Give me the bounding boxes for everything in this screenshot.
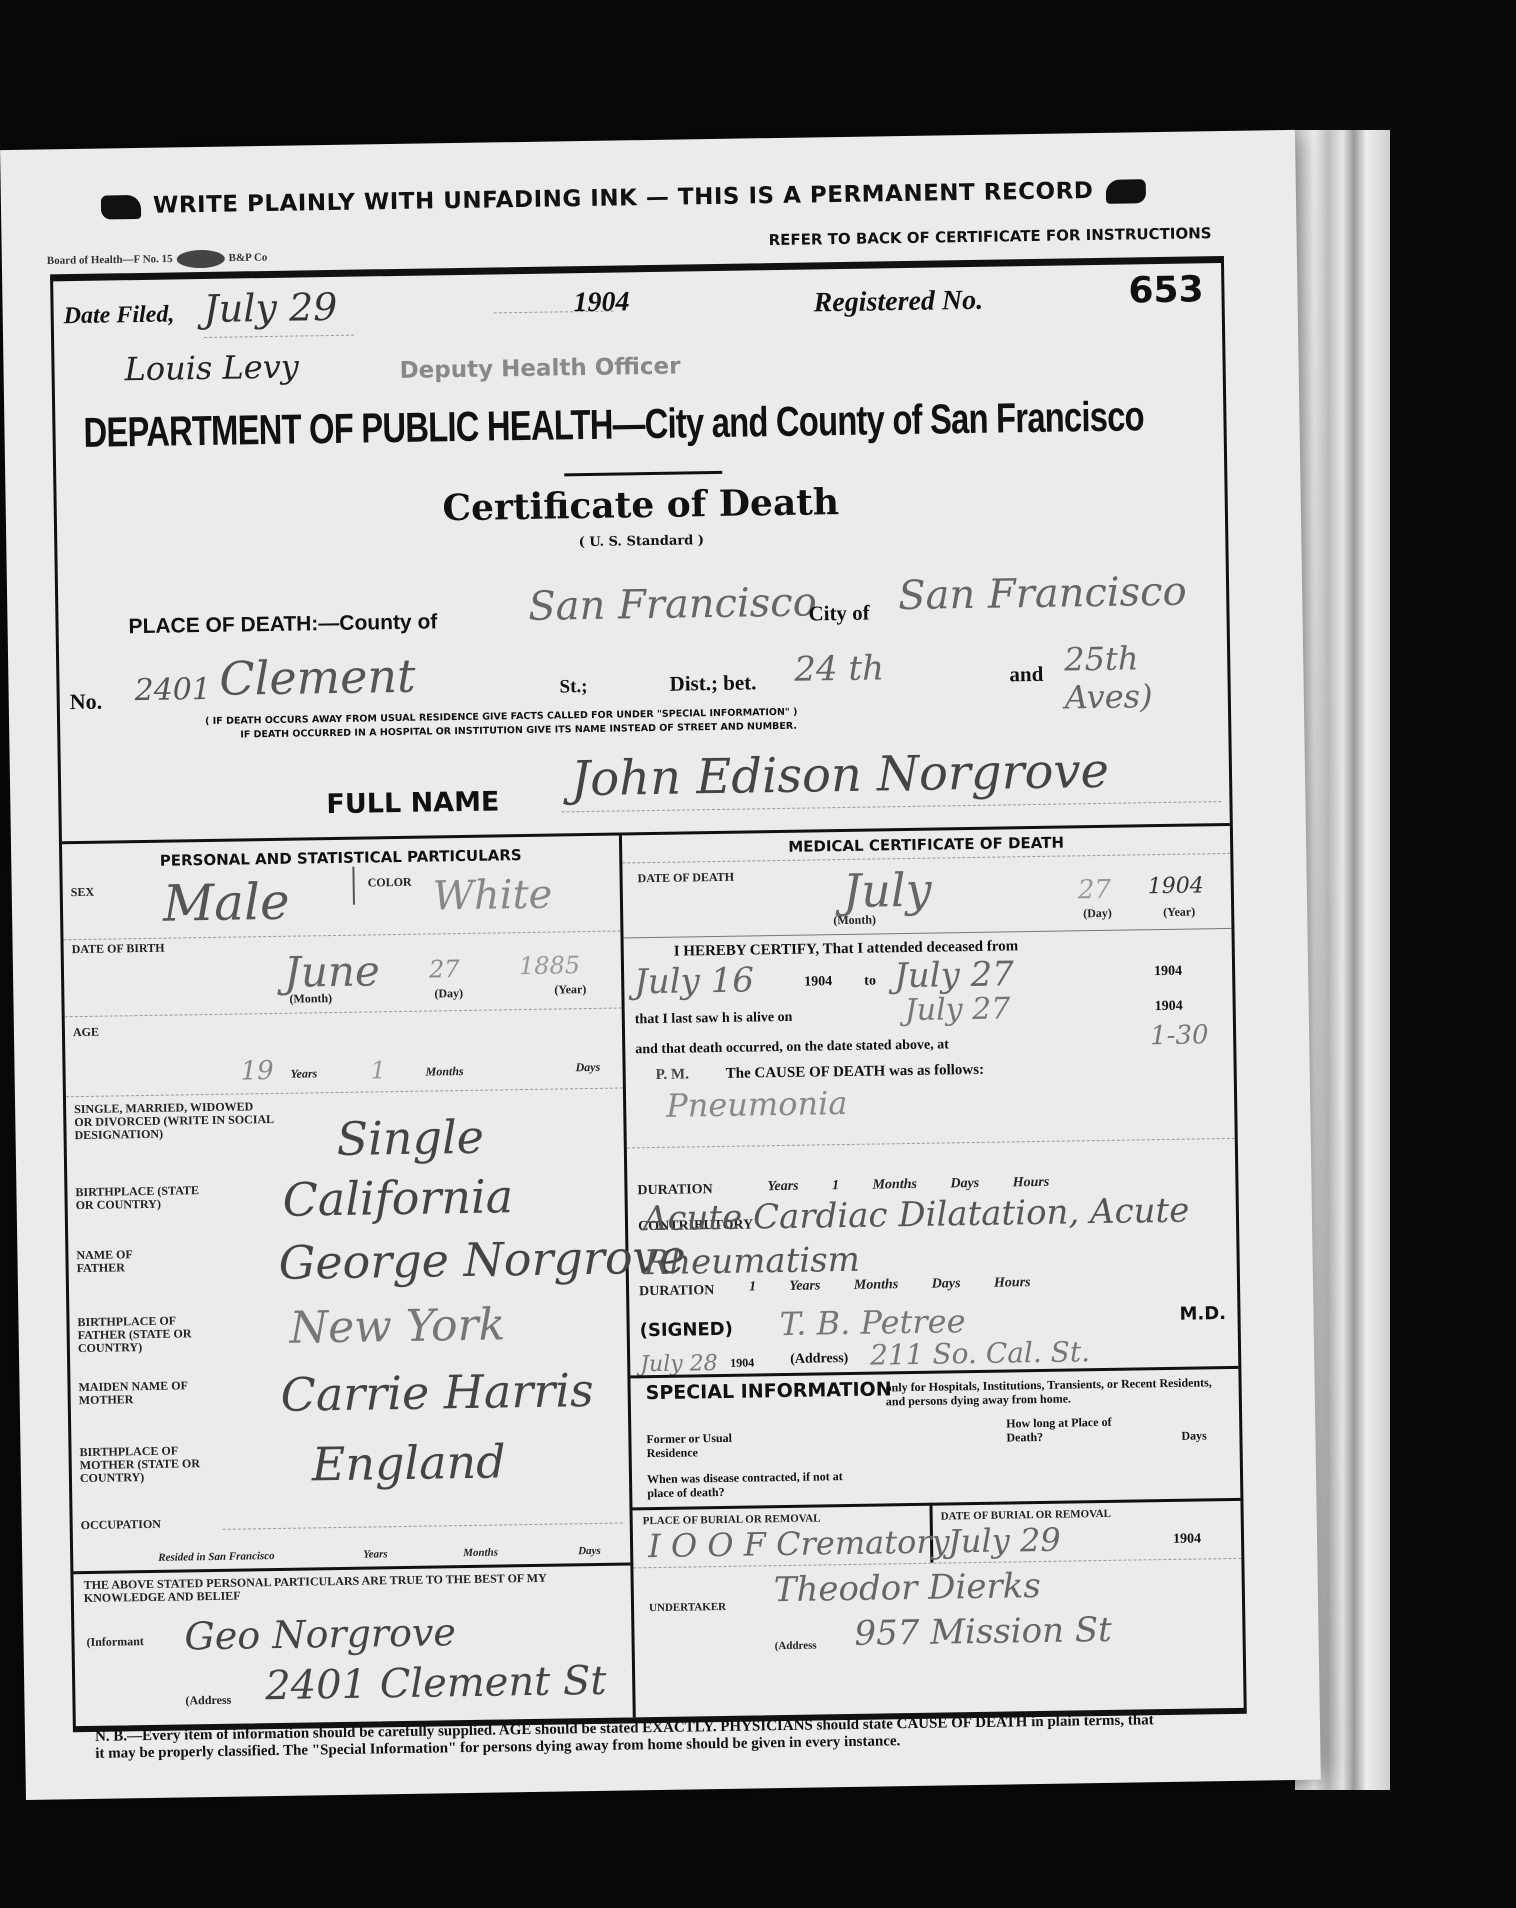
father-name-label: NAME OF FATHER [76, 1248, 176, 1276]
special-info-heading: SPECIAL INFORMATION [646, 1378, 892, 1404]
certificate-title: Certificate of Death [56, 475, 1225, 535]
last-saw-text: that I last saw h is alive on [635, 1010, 793, 1028]
instructions-note: REFER TO BACK OF CERTIFICATE FOR INSTRUC… [769, 224, 1212, 249]
pointing-hand-icon [101, 194, 141, 219]
duration-label: DURATION [637, 1183, 712, 1197]
mother-name-value: Carrie Harris [280, 1363, 594, 1422]
union-label-seal-icon [176, 250, 224, 269]
informant-value: Geo Norgrove [184, 1610, 456, 1658]
burial-place-value: I O O F Crematory [648, 1522, 950, 1565]
attended-to: July 27 [894, 954, 1014, 996]
undertaker-label: UNDERTAKER [649, 1601, 726, 1615]
registered-number: 653 [1128, 269, 1204, 311]
death-day: 27 [1078, 875, 1112, 906]
registered-label: Registered No. [813, 285, 983, 320]
death-year: 1904 [1148, 873, 1204, 899]
full-name-value: John Edison Norgrove [571, 743, 1110, 807]
meridiem: P. M. [656, 1066, 689, 1084]
city-value: San Francisco [898, 569, 1187, 620]
date-of-death-label: DATE OF DEATH [638, 871, 735, 886]
and-label: and [1009, 662, 1043, 688]
occupation-label: OCCUPATION [81, 1518, 161, 1532]
certificate-frame: Date Filed, July 29 1904 Registered No. … [50, 256, 1247, 1732]
between-street-2: 25th Aves) [1064, 638, 1228, 717]
physician-address: 211 So. Cal. St. [870, 1335, 1090, 1371]
cause-of-death: Pneumonia [666, 1084, 848, 1125]
county-value: San Francisco [528, 579, 817, 630]
dob-year: 1885 [519, 951, 581, 980]
age-years: 19 [240, 1056, 274, 1087]
city-label: City of [808, 601, 870, 627]
informant-address-label: (Address [185, 1694, 231, 1708]
informant-address-value: 2401 Clement St [265, 1658, 607, 1709]
death-certificate-page: WRITE PLAINLY WITH UNFADING INK — THIS I… [0, 130, 1321, 1800]
district-label: Dist.; bet. [669, 670, 756, 696]
personal-heading: PERSONAL AND STATISTICAL PARTICULARS [62, 845, 619, 872]
birthplace-label: BIRTHPLACE (State or Country) [75, 1184, 215, 1212]
how-long-label: How long at Place of Death? [1006, 1415, 1116, 1445]
contributory-cause: Acute Cardiac Dilatation, Acute Rheumati… [643, 1188, 1224, 1285]
street-name: Clement [219, 649, 416, 706]
informant-label: (Informant [86, 1635, 144, 1649]
mother-birthplace-value: England [311, 1434, 506, 1491]
date-filed-value: July 29 [203, 285, 337, 331]
number-label: No. [70, 689, 103, 716]
street-number: 2401 [134, 672, 211, 708]
contracted-label: When was disease contracted, if not at p… [647, 1469, 847, 1500]
undertaker-value: Theodor Dierks [773, 1566, 1041, 1610]
pointing-hand-icon [1105, 179, 1145, 204]
occurred-text: and that death occurred, on the date sta… [635, 1037, 949, 1058]
mother-name-label: MAIDEN NAME OF MOTHER [78, 1379, 208, 1407]
last-saw-date: July 27 [904, 991, 1010, 1028]
special-info-note: only for Hospitals, Institutions, Transi… [886, 1375, 1231, 1408]
place-of-death-label: PLACE OF DEATH:—County of [128, 610, 437, 639]
mother-birthplace-label: BIRTHPLACE OF MOTHER (State or Country) [79, 1444, 220, 1485]
age-months: 1 [370, 1056, 386, 1084]
department-title: DEPARTMENT OF PUBLIC HEALTH—City and Cou… [83, 392, 1144, 457]
dob-month: June [284, 946, 381, 996]
date-filed-label: Date Filed, [63, 301, 174, 330]
street-label: St.; [559, 676, 587, 698]
sex-value: Male [162, 873, 289, 933]
color-value: White [432, 872, 552, 920]
cause-text: The CAUSE OF DEATH was as follows: [726, 1062, 985, 1083]
permanent-record-warning: WRITE PLAINLY WITH UNFADING INK — THIS I… [101, 177, 1146, 219]
father-birthplace-value: New York [289, 1299, 505, 1353]
officer-title: Deputy Health Officer [399, 354, 680, 384]
father-birthplace-label: BIRTHPLACE OF FATHER (State or Country) [77, 1314, 218, 1355]
between-street-1: 24 th [794, 648, 884, 689]
dob-label: DATE OF BIRTH [72, 942, 165, 956]
death-month: July [842, 863, 932, 918]
form-number: Board of Health—F No. 15B&P Co [47, 249, 268, 270]
attestation-text: THE ABOVE STATED PERSONAL PARTICULARS AR… [84, 1571, 624, 1605]
sex-label: SEX [71, 886, 95, 899]
attended-from: July 16 [634, 960, 754, 1002]
duration-2: 1 Years Months Days Hours [749, 1276, 1031, 1293]
resided-label: Resided in San Francisco [158, 1550, 275, 1565]
former-residence-label: Former or Usual Residence [646, 1431, 736, 1460]
marital-status-value: Single [336, 1110, 484, 1166]
age-label: AGE [73, 1026, 99, 1039]
burial-date-value: July 29 [948, 1521, 1061, 1561]
color-label: COLOR [368, 876, 412, 890]
date-filed-year: 1904 [573, 286, 629, 319]
dob-day: 27 [429, 955, 460, 983]
father-name-value: George Norgrove [278, 1230, 686, 1290]
time-of-death: 1-30 [1150, 1020, 1209, 1051]
signed-label: (SIGNED) [640, 1319, 734, 1341]
birthplace-value: California [282, 1169, 513, 1227]
md-label: M.D. [1179, 1303, 1226, 1325]
undertaker-address: 957 Mission St [854, 1610, 1112, 1654]
officer-signature: Louis Levy [124, 348, 299, 389]
title-divider [564, 471, 722, 476]
full-name-label: FULL NAME [326, 786, 499, 820]
marital-status-label: SINGLE, MARRIED, WIDOWED OR DIVORCED (Wr… [74, 1100, 275, 1142]
